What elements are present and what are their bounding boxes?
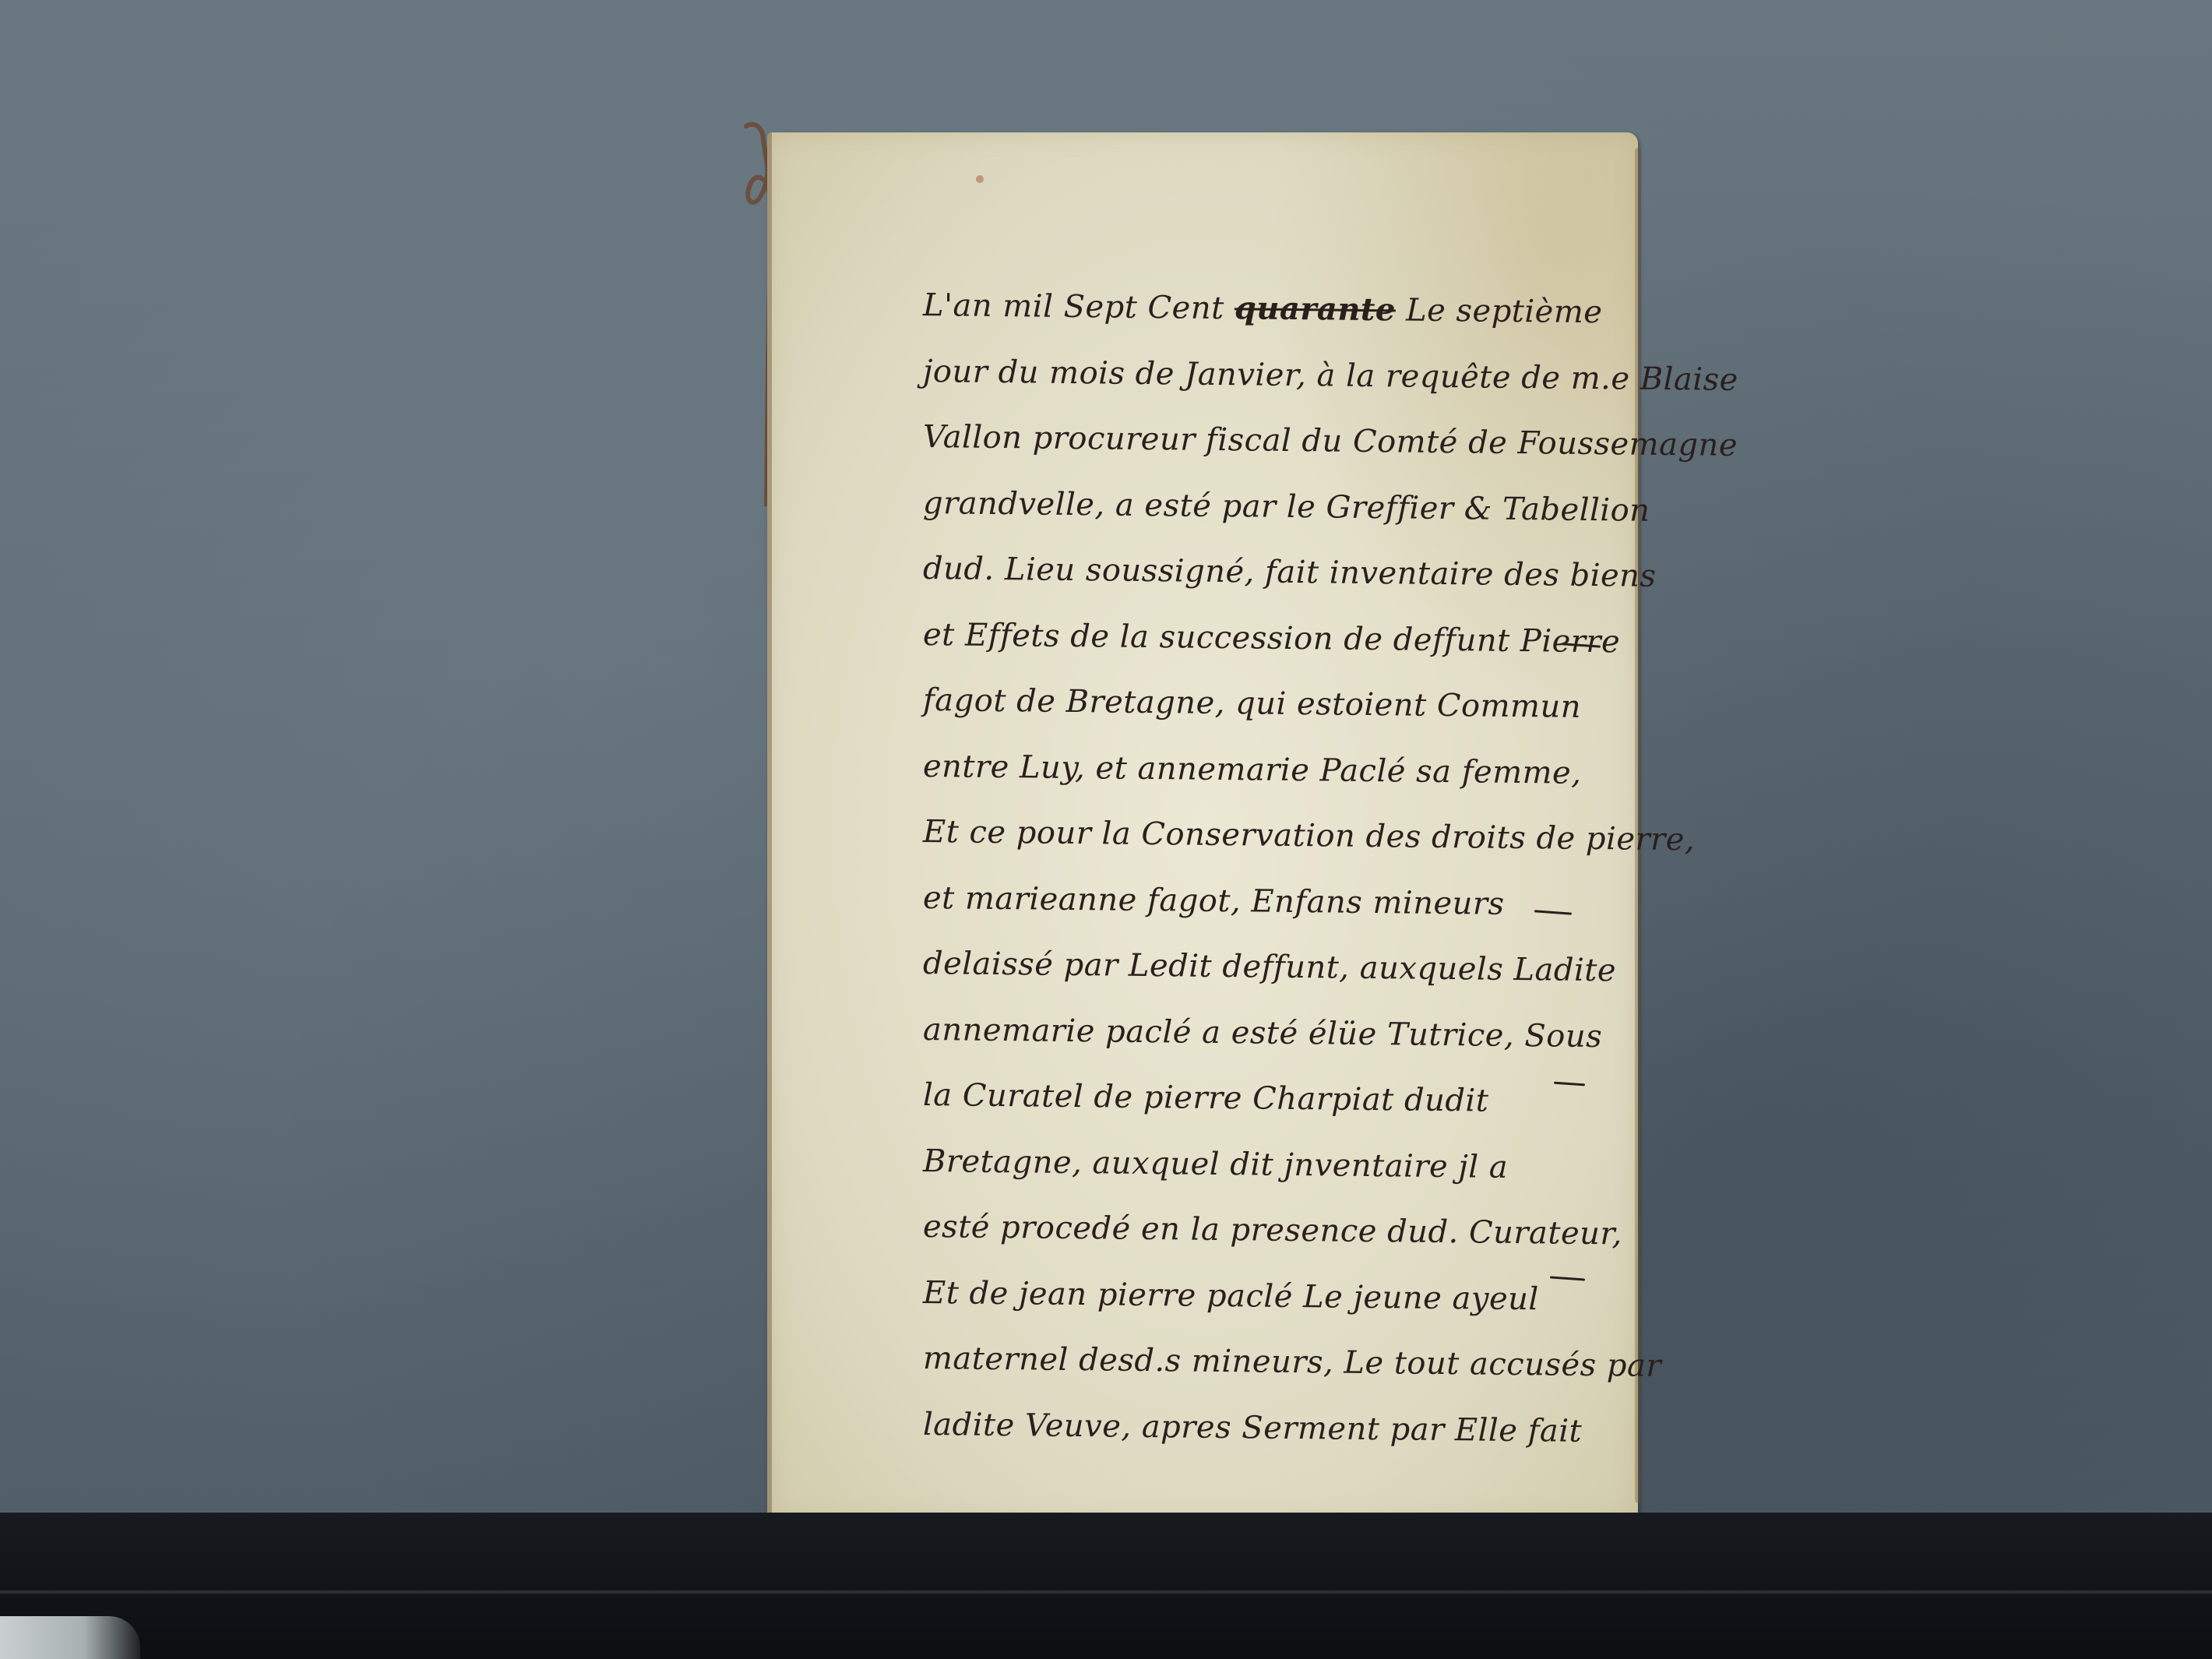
text-line-13: la Curatel de pierre Charpiat dudit bbox=[923, 1062, 1601, 1136]
dark-shelf bbox=[0, 1513, 2212, 1659]
text-line-17: maternel desd.s mineurs, Le tout accusés… bbox=[923, 1326, 1601, 1399]
text-line-10: et marieanne fagot, Enfans mineurs bbox=[923, 865, 1601, 939]
text-line-5: dud. Lieu soussigné, fait inventaire des… bbox=[923, 536, 1601, 609]
text-line-9: Et ce pour la Conservation des droits de… bbox=[923, 799, 1601, 872]
photo-scene: L'an mil Sept Cent quarante Le septième … bbox=[0, 0, 2212, 1659]
text-line-15: esté procedé en la presence dud. Curateu… bbox=[923, 1194, 1601, 1267]
line-1-start: L'an mil Sept Cent bbox=[923, 287, 1235, 326]
text-line-16: Et de jean pierre paclé Le jeune ayeul bbox=[923, 1260, 1601, 1333]
manuscript-page: L'an mil Sept Cent quarante Le septième … bbox=[767, 132, 1638, 1520]
ink-stain bbox=[976, 175, 984, 183]
handwritten-text: L'an mil Sept Cent quarante Le septième … bbox=[923, 273, 1601, 1457]
text-line-14: Bretagne, auxquel dit jnventaire jl a bbox=[923, 1129, 1601, 1202]
text-line-6: et Effets de la succession de deffunt Pi… bbox=[923, 602, 1601, 675]
text-line-1: L'an mil Sept Cent quarante Le septième bbox=[923, 273, 1601, 346]
text-line-2: jour du mois de Janvier, à la requête de… bbox=[923, 339, 1601, 412]
text-line-11: delaissé par Ledit deffunt, auxquels Lad… bbox=[923, 931, 1601, 1004]
line-1-end: Le septième bbox=[1396, 292, 1603, 330]
text-line-3: Vallon procureur fiscal du Comté de Fous… bbox=[923, 404, 1601, 477]
text-line-12: annemarie paclé a esté élüe Tutrice, Sou… bbox=[923, 997, 1601, 1070]
shelf-edge bbox=[0, 1590, 2212, 1594]
text-line-8: entre Luy, et annemarie Paclé sa femme, bbox=[923, 734, 1601, 807]
light-surface-corner bbox=[0, 1616, 140, 1659]
text-line-18: ladite Veuve, apres Serment par Elle fai… bbox=[923, 1392, 1601, 1465]
text-line-7: fagot de Bretagne, qui estoient Commun bbox=[923, 667, 1601, 741]
struck-word: quarante bbox=[1235, 290, 1396, 328]
text-line-4: grandvelle, a esté par le Greffier & Tab… bbox=[923, 470, 1601, 544]
